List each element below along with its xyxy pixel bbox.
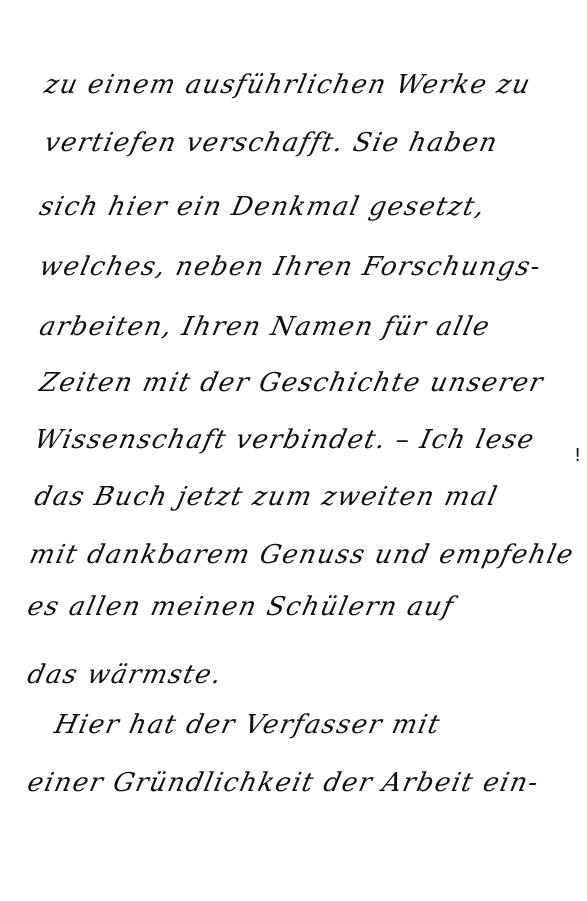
text-line-6: Zeiten mit der Geschichte unserer [37, 368, 547, 398]
text-line-10: es allen meinen Schülern auf [25, 592, 457, 622]
text-line-8: das Buch jetzt zum zweiten mal [32, 482, 501, 512]
text-line-1: zu einem ausführlichen Werke zu [42, 70, 534, 100]
text-line-3: sich hier ein Denkmal gesetzt, [37, 192, 489, 222]
handwritten-page: zu einem ausführlichen Werke zu vertiefe… [0, 0, 587, 901]
text-line-5: arbeiten, Ihren Namen für alle [37, 312, 493, 342]
text-line-11: das wärmste. [25, 660, 225, 690]
text-line-4: welches, neben Ihren Forschungs- [37, 252, 545, 282]
text-line-2: vertiefen verschafft. Sie haben [42, 128, 501, 158]
text-line-12: Hier hat der Verfasser mit [52, 710, 444, 740]
text-line-9: mit dankbarem Genuss und empfehle [27, 540, 577, 570]
text-line-7: Wissenschaft verbindet. – Ich lese [32, 425, 538, 455]
margin-mark: ! [574, 445, 581, 466]
text-line-13: einer Gründlichkeit der Arbeit ein- [25, 768, 542, 798]
